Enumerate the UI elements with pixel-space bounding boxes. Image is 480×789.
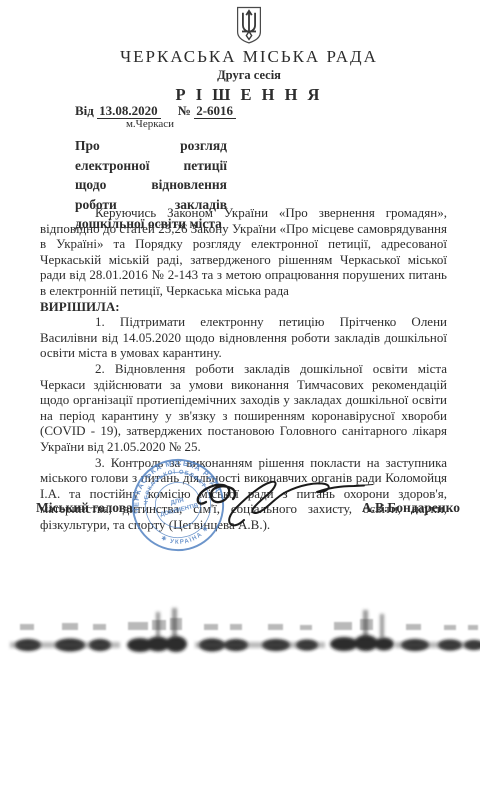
resolution-item-2: 2. Відновлення роботи закладів дошкільно…	[40, 361, 447, 455]
stamp-center-line1: ДЛЯ	[170, 497, 185, 507]
date-label: Від	[75, 103, 94, 118]
city-name: м.Черкаси	[96, 118, 204, 130]
date-line: Від 13.08.2020 № 2-6016	[75, 103, 236, 119]
number-value: 2-6016	[194, 103, 236, 119]
org-name: ЧЕРКАСЬКА МІСЬКА РАДА	[18, 47, 480, 67]
signature-stroke	[184, 458, 376, 543]
number-label: №	[178, 103, 191, 118]
scan-artifact-band	[0, 598, 480, 662]
signatory-name: А.В.Бондаренко	[362, 500, 460, 516]
date-value: 13.08.2020	[97, 103, 161, 119]
document-page: ЧЕРКАСЬКА МІСЬКА РАДА Друга сесія Р І Ш …	[0, 0, 480, 789]
document-header: ЧЕРКАСЬКА МІСЬКА РАДА Друга сесія Р І Ш …	[0, 6, 480, 105]
signatory-title: Міський голова	[36, 500, 133, 516]
coat-of-arms-icon	[233, 6, 265, 44]
doc-type-title: Р І Ш Е Н Н Я	[18, 85, 480, 105]
resolution-item-1: 1. Підтримати електронну петицію Прітчен…	[40, 314, 447, 361]
resolved-label: ВИРІШИЛА:	[40, 299, 447, 315]
session-title: Друга сесія	[18, 68, 480, 83]
resolution-intro: Керуючись Законом України «Про звернення…	[40, 205, 447, 299]
